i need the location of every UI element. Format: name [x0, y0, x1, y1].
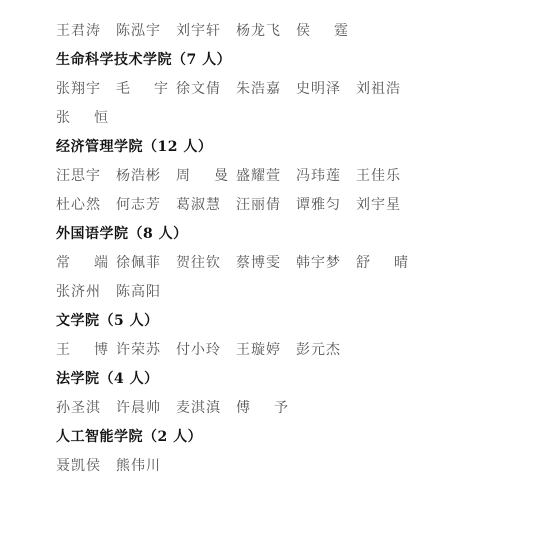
name-row: 张济州陈高阳	[56, 278, 536, 307]
name-row: 孙圣淇许晨帅麦淇滇傅予	[56, 394, 536, 423]
student-name: 孙圣淇	[56, 394, 112, 423]
student-name: 韩宇梦	[296, 249, 352, 278]
student-name: 麦淇滇	[176, 394, 232, 423]
name-row: 杜心然何志芳葛淑慧汪丽倩谭雅匀刘宇星	[56, 191, 536, 220]
college-heading: 人工智能学院（2 人）	[56, 423, 536, 452]
student-name: 汪思宇	[56, 162, 112, 191]
student-name: 张恒	[56, 104, 108, 133]
college-heading: 文学院（5 人）	[56, 307, 536, 336]
name-row: 常端徐佩菲贺往钦蔡博雯韩宇梦舒晴	[56, 249, 536, 278]
award-list-document: 王君涛陈泓宇刘宇轩杨龙飞侯霆生命科学技术学院（7 人）张翔宇毛宇徐文倩朱浩嘉史明…	[56, 17, 536, 481]
student-name: 彭元杰	[296, 336, 352, 365]
student-name: 傅予	[236, 394, 288, 423]
student-name: 张济州	[56, 278, 112, 307]
name-row: 张翔宇毛宇徐文倩朱浩嘉史明泽刘祖浩	[56, 75, 536, 104]
student-name: 许晨帅	[116, 394, 172, 423]
student-name: 刘祖浩	[356, 75, 412, 104]
student-name: 徐佩菲	[116, 249, 172, 278]
student-name: 何志芳	[116, 191, 172, 220]
name-row: 聂凯侯熊伟川	[56, 452, 536, 481]
student-name: 蔡博雯	[236, 249, 292, 278]
college-section: 经济管理学院（12 人）汪思宇杨浩彬周曼盛耀萱冯玮莲王佳乐杜心然何志芳葛淑慧汪丽…	[56, 133, 536, 220]
student-name: 常端	[56, 249, 108, 278]
student-name: 杨浩彬	[116, 162, 172, 191]
student-name: 史明泽	[296, 75, 352, 104]
student-name: 付小玲	[176, 336, 232, 365]
student-name: 徐文倩	[176, 75, 232, 104]
student-name: 杜心然	[56, 191, 112, 220]
student-name: 谭雅匀	[296, 191, 352, 220]
college-section: 法学院（4 人）孙圣淇许晨帅麦淇滇傅予	[56, 365, 536, 423]
student-name: 刘宇星	[356, 191, 412, 220]
student-name: 盛耀萱	[236, 162, 292, 191]
college-section: 外国语学院（8 人）常端徐佩菲贺往钦蔡博雯韩宇梦舒晴张济州陈高阳	[56, 220, 536, 307]
name-row: 汪思宇杨浩彬周曼盛耀萱冯玮莲王佳乐	[56, 162, 536, 191]
student-name: 毛宇	[116, 75, 168, 104]
student-name: 陈高阳	[116, 278, 172, 307]
student-name: 杨龙飞	[236, 17, 292, 46]
name-row: 王君涛陈泓宇刘宇轩杨龙飞侯霆	[56, 17, 536, 46]
college-section: 生命科学技术学院（7 人）张翔宇毛宇徐文倩朱浩嘉史明泽刘祖浩张恒	[56, 46, 536, 133]
student-name: 王博	[56, 336, 108, 365]
college-heading: 生命科学技术学院（7 人）	[56, 46, 536, 75]
student-name: 熊伟川	[116, 452, 172, 481]
student-name: 舒晴	[356, 249, 408, 278]
name-row: 张恒	[56, 104, 536, 133]
college-heading: 外国语学院（8 人）	[56, 220, 536, 249]
college-section: 王君涛陈泓宇刘宇轩杨龙飞侯霆	[56, 17, 536, 46]
student-name: 张翔宇	[56, 75, 112, 104]
student-name: 贺往钦	[176, 249, 232, 278]
name-row: 王博许荣苏付小玲王璇婷彭元杰	[56, 336, 536, 365]
college-section: 文学院（5 人）王博许荣苏付小玲王璇婷彭元杰	[56, 307, 536, 365]
student-name: 朱浩嘉	[236, 75, 292, 104]
college-heading: 法学院（4 人）	[56, 365, 536, 394]
student-name: 周曼	[176, 162, 228, 191]
student-name: 葛淑慧	[176, 191, 232, 220]
student-name: 侯霆	[296, 17, 348, 46]
student-name: 汪丽倩	[236, 191, 292, 220]
college-section: 人工智能学院（2 人）聂凯侯熊伟川	[56, 423, 536, 481]
student-name: 许荣苏	[116, 336, 172, 365]
student-name: 王君涛	[56, 17, 112, 46]
student-name: 王佳乐	[356, 162, 412, 191]
student-name: 聂凯侯	[56, 452, 112, 481]
student-name: 刘宇轩	[176, 17, 232, 46]
student-name: 王璇婷	[236, 336, 292, 365]
student-name: 冯玮莲	[296, 162, 352, 191]
college-heading: 经济管理学院（12 人）	[56, 133, 536, 162]
student-name: 陈泓宇	[116, 17, 172, 46]
